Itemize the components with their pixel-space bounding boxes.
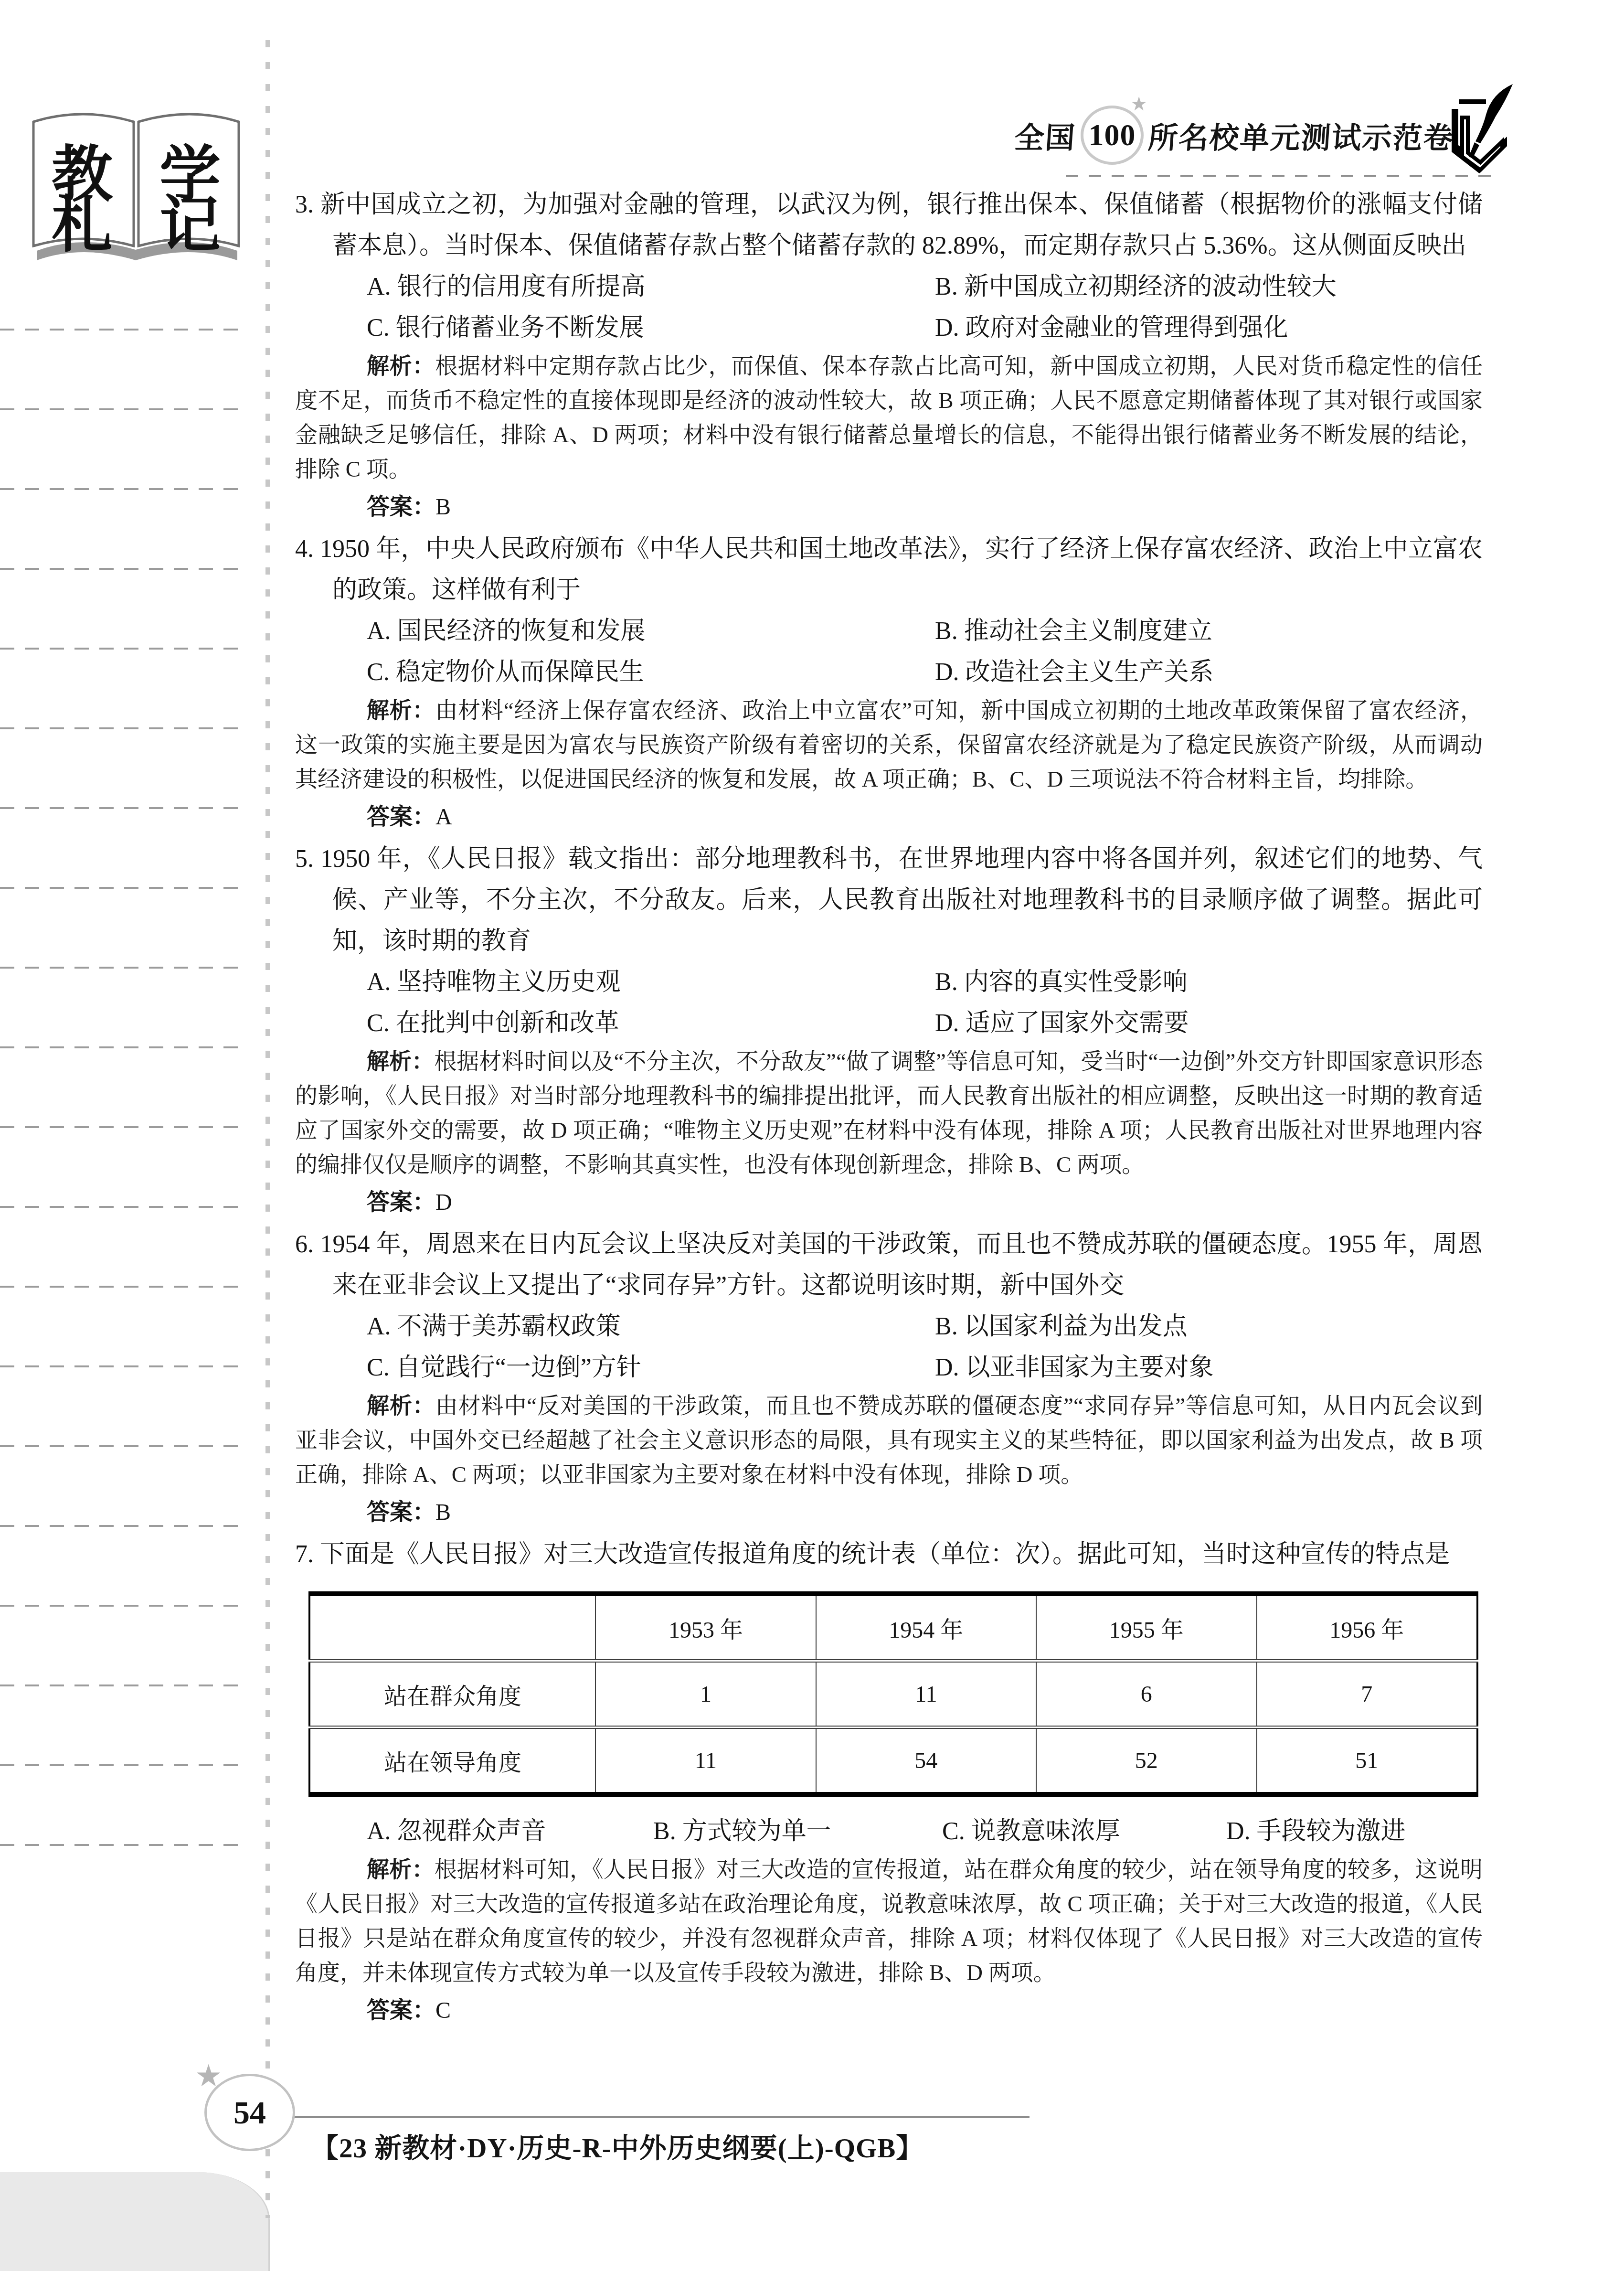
page-number: 54: [234, 2094, 266, 2132]
cell: 1: [595, 1661, 816, 1727]
analysis-label: 解析：: [367, 1856, 435, 1882]
footer-edition-label: 【23 新教材·DY·历史-R-中外历史纲要(上)-QGB】: [311, 2126, 923, 2165]
open-book-logo: 教 学 札 记: [25, 103, 249, 289]
answer-value: B: [435, 1500, 451, 1525]
question-stem: 7. 下面是《人民日报》对三大改造宣传报道角度的统计表（单位：次）。据此可知，当…: [295, 1534, 1483, 1575]
option-b: B. 新中国成立初期经济的波动性较大: [935, 267, 1483, 308]
options-grid: A. 国民经济的恢复和发展 B. 推动社会主义制度建立 C. 稳定物价从而保障民…: [295, 611, 1483, 693]
options-row: A. 忽视群众声音 B. 方式较为单一 C. 说教意味浓厚 D. 手段较为激进: [295, 1811, 1483, 1852]
option-d: D. 改造社会主义生产关系: [935, 652, 1483, 693]
answer: 答案：B: [295, 1494, 1483, 1531]
question-number: 6.: [295, 1231, 314, 1258]
option-d: D. 手段较为激进: [1226, 1811, 1483, 1852]
quill-pages-icon: [1446, 80, 1518, 188]
hundred-badge: 100 ★: [1081, 106, 1144, 165]
header-1954: 1954 年: [816, 1594, 1036, 1661]
note-line: [0, 887, 244, 889]
answer-value: A: [435, 804, 452, 830]
analysis-label: 解析：: [367, 697, 435, 723]
logo-char-zha: 札: [52, 192, 113, 259]
option-a: A. 国民经济的恢复和发展: [367, 611, 935, 652]
question-4: 4. 1950 年，中央人民政府颁布《中华人民共和国土地改革法》，实行了经济上保…: [295, 529, 1483, 836]
question-text: 1954 年，周恩来在日内瓦会议上坚决反对美国的干涉政策，而且也不赞成苏联的僵硬…: [320, 1231, 1483, 1299]
answer-label: 答案：: [367, 494, 435, 520]
cell: 6: [1036, 1661, 1256, 1727]
answer-label: 答案：: [367, 1998, 435, 2023]
left-margin: 教 学 札 记 ★ 54: [0, 0, 267, 2271]
note-line: [0, 1206, 244, 1208]
cell: 51: [1257, 1727, 1477, 1795]
question-text: 1950 年，《人民日报》载文指出：部分地理教科书，在世界地理内容中将各国并列，…: [320, 845, 1483, 955]
option-c: C. 自觉践行“一边倒”方针: [367, 1347, 935, 1388]
option-b: B. 以国家利益为出发点: [935, 1306, 1483, 1347]
note-line: [0, 1764, 244, 1766]
row-label: 站在群众角度: [309, 1661, 595, 1727]
option-d: D. 政府对金融业的管理得到强化: [935, 308, 1483, 349]
table-row: 站在群众角度 1 11 6 7: [309, 1661, 1477, 1727]
answer: 答案：C: [295, 1992, 1483, 2029]
analysis: 解析：根据材料中定期存款占比少，而保值、保本存款占比高可知，新中国成立初期，人民…: [295, 349, 1483, 487]
question-6: 6. 1954 年，周恩来在日内瓦会议上坚决反对美国的干涉政策，而且也不赞成苏联…: [295, 1224, 1483, 1531]
analysis: 解析：根据材料时间以及“不分主次，不分敌友”“做了调整”等信息可知，受当时“一边…: [295, 1044, 1483, 1182]
cell: 54: [816, 1727, 1036, 1795]
question-stem: 5. 1950 年，《人民日报》载文指出：部分地理教科书，在世界地理内容中将各国…: [295, 839, 1483, 962]
row-label: 站在领导角度: [309, 1727, 595, 1795]
analysis-text: 根据材料中定期存款占比少，而保值、保本存款占比高可知，新中国成立初期，人民对货币…: [295, 354, 1483, 482]
option-b: B. 内容的真实性受影响: [935, 962, 1483, 1003]
option-a: A. 忽视群众声音: [367, 1811, 653, 1852]
analysis: 解析：根据材料可知，《人民日报》对三大改造的宣传报道，站在群众角度的较少，站在领…: [295, 1852, 1483, 1990]
option-c: C. 银行储蓄业务不断发展: [367, 308, 935, 349]
page-star-icon: ★: [195, 2058, 222, 2094]
note-line: [0, 1046, 244, 1048]
answer-value: D: [435, 1190, 452, 1215]
cell: 11: [816, 1661, 1036, 1727]
margin-note-lines: [0, 329, 244, 1924]
note-line: [0, 1126, 244, 1128]
note-line: [0, 1685, 244, 1686]
note-line: [0, 807, 244, 809]
note-line: [0, 967, 244, 969]
note-line: [0, 727, 244, 729]
cell: 11: [595, 1727, 816, 1795]
cell: 7: [1257, 1661, 1477, 1727]
question-text: 1950 年，中央人民政府颁布《中华人民共和国土地改革法》，实行了经济上保存富农…: [320, 535, 1483, 604]
note-line: [0, 1445, 244, 1447]
note-line: [0, 408, 244, 410]
option-c: C. 稳定物价从而保障民生: [367, 652, 935, 693]
question-number: 5.: [295, 845, 314, 873]
options-grid: A. 银行的信用度有所提高 B. 新中国成立初期经济的波动性较大 C. 银行储蓄…: [295, 267, 1483, 349]
analysis: 解析：由材料中“反对美国的干涉政策，而且也不赞成苏联的僵硬态度”“求同存异”等信…: [295, 1388, 1483, 1492]
option-d: D. 以亚非国家为主要对象: [935, 1347, 1483, 1388]
corner-swoosh: [0, 2172, 270, 2271]
answer: 答案：A: [295, 799, 1483, 836]
answer-label: 答案：: [367, 1500, 435, 1525]
note-line: [0, 1844, 244, 1846]
option-c: C. 说教意味浓厚: [942, 1811, 1226, 1852]
note-line: [0, 488, 244, 490]
option-b: B. 推动社会主义制度建立: [935, 611, 1483, 652]
logo-char-ji: 记: [159, 192, 221, 259]
question-number: 3.: [295, 191, 314, 218]
hundred-star-icon: ★: [1130, 93, 1147, 115]
table-row: 站在领导角度 11 54 52 51: [309, 1727, 1477, 1795]
question-stem: 3. 新中国成立之初，为加强对金融的管理，以武汉为例，银行推出保本、保值储蓄（根…: [295, 184, 1483, 267]
analysis-text: 由材料中“反对美国的干涉政策，而且也不赞成苏联的僵硬态度”“求同存异”等信息可知…: [295, 1394, 1483, 1487]
question-7: 7. 下面是《人民日报》对三大改造宣传报道角度的统计表（单位：次）。据此可知，当…: [295, 1534, 1483, 2029]
header-1955: 1955 年: [1036, 1594, 1256, 1661]
exam-answer-page: 教 学 札 记 ★ 54 全国 100 ★ 所名校单元测试示范卷 3: [0, 0, 1624, 2271]
note-line: [0, 648, 244, 650]
header-empty: [309, 1594, 595, 1661]
header-dashed-underline: [1066, 175, 1501, 177]
answer: 答案：B: [295, 489, 1483, 526]
note-line: [0, 1605, 244, 1607]
questions-area: 3. 新中国成立之初，为加强对金融的管理，以武汉为例，银行推出保本、保值储蓄（根…: [295, 184, 1483, 2032]
analysis-text: 根据材料可知，《人民日报》对三大改造的宣传报道，站在群众角度的较少，站在领导角度…: [295, 1857, 1483, 1985]
note-line: [0, 1365, 244, 1367]
analysis-label: 解析：: [367, 1048, 434, 1074]
answer-label: 答案：: [367, 1190, 435, 1215]
header-title-post: 所名校单元测试示范卷: [1147, 114, 1455, 157]
analysis: 解析：由材料“经济上保存富农经济、政治上中立富农”可知，新中国成立初期的土地改革…: [295, 693, 1483, 797]
option-a: A. 坚持唯物主义历史观: [367, 962, 935, 1003]
analysis-text: 由材料“经济上保存富农经济、政治上中立富农”可知，新中国成立初期的土地改革政策保…: [295, 698, 1483, 792]
option-d: D. 适应了国家外交需要: [935, 1003, 1483, 1044]
question-stem: 4. 1950 年，中央人民政府颁布《中华人民共和国土地改革法》，实行了经济上保…: [295, 529, 1483, 611]
question-number: 7.: [295, 1541, 314, 1568]
question-number: 4.: [295, 535, 314, 563]
note-line: [0, 1286, 244, 1288]
table-header-row: 1953 年 1954 年 1955 年 1956 年: [309, 1594, 1477, 1661]
answer-label: 答案：: [367, 804, 435, 830]
options-grid: A. 不满于美苏霸权政策 B. 以国家利益为出发点 C. 自觉践行“一边倒”方针…: [295, 1306, 1483, 1388]
analysis-label: 解析：: [367, 353, 435, 378]
option-a: A. 银行的信用度有所提高: [367, 267, 935, 308]
answer: 答案：D: [295, 1184, 1483, 1221]
answer-value: C: [435, 1998, 451, 2023]
header-1953: 1953 年: [595, 1594, 816, 1661]
question-stem: 6. 1954 年，周恩来在日内瓦会议上坚决反对美国的干涉政策，而且也不赞成苏联…: [295, 1224, 1483, 1306]
option-a: A. 不满于美苏霸权政策: [367, 1306, 935, 1347]
question-text: 下面是《人民日报》对三大改造宣传报道角度的统计表（单位：次）。据此可知，当时这种…: [320, 1541, 1450, 1568]
header-1956: 1956 年: [1257, 1594, 1477, 1661]
note-line: [0, 329, 244, 331]
page-header: 全国 100 ★ 所名校单元测试示范卷: [1043, 104, 1454, 166]
answer-value: B: [435, 494, 451, 520]
question-5: 5. 1950 年，《人民日报》载文指出：部分地理教科书，在世界地理内容中将各国…: [295, 839, 1483, 1221]
analysis-label: 解析：: [367, 1393, 435, 1418]
propaganda-stats-table: 1953 年 1954 年 1955 年 1956 年 站在群众角度 1 11 …: [308, 1591, 1478, 1797]
footer-rule: [290, 2116, 1030, 2118]
note-line: [0, 1525, 244, 1527]
question-text: 新中国成立之初，为加强对金融的管理，以武汉为例，银行推出保本、保值储蓄（根据物价…: [320, 191, 1483, 259]
option-c: C. 在批判中创新和改革: [367, 1003, 935, 1044]
dotted-divider: [265, 40, 270, 2218]
cell: 52: [1036, 1727, 1256, 1795]
note-line: [0, 568, 244, 570]
header-title-pre: 全国: [1013, 114, 1077, 157]
options-grid: A. 坚持唯物主义历史观 B. 内容的真实性受影响 C. 在批判中创新和改革 D…: [295, 962, 1483, 1044]
analysis-text: 根据材料时间以及“不分主次，不分敌友”“做了调整”等信息可知，受当时“一边倒”外…: [295, 1049, 1483, 1177]
option-b: B. 方式较为单一: [653, 1811, 942, 1852]
question-3: 3. 新中国成立之初，为加强对金融的管理，以武汉为例，银行推出保本、保值储蓄（根…: [295, 184, 1483, 526]
